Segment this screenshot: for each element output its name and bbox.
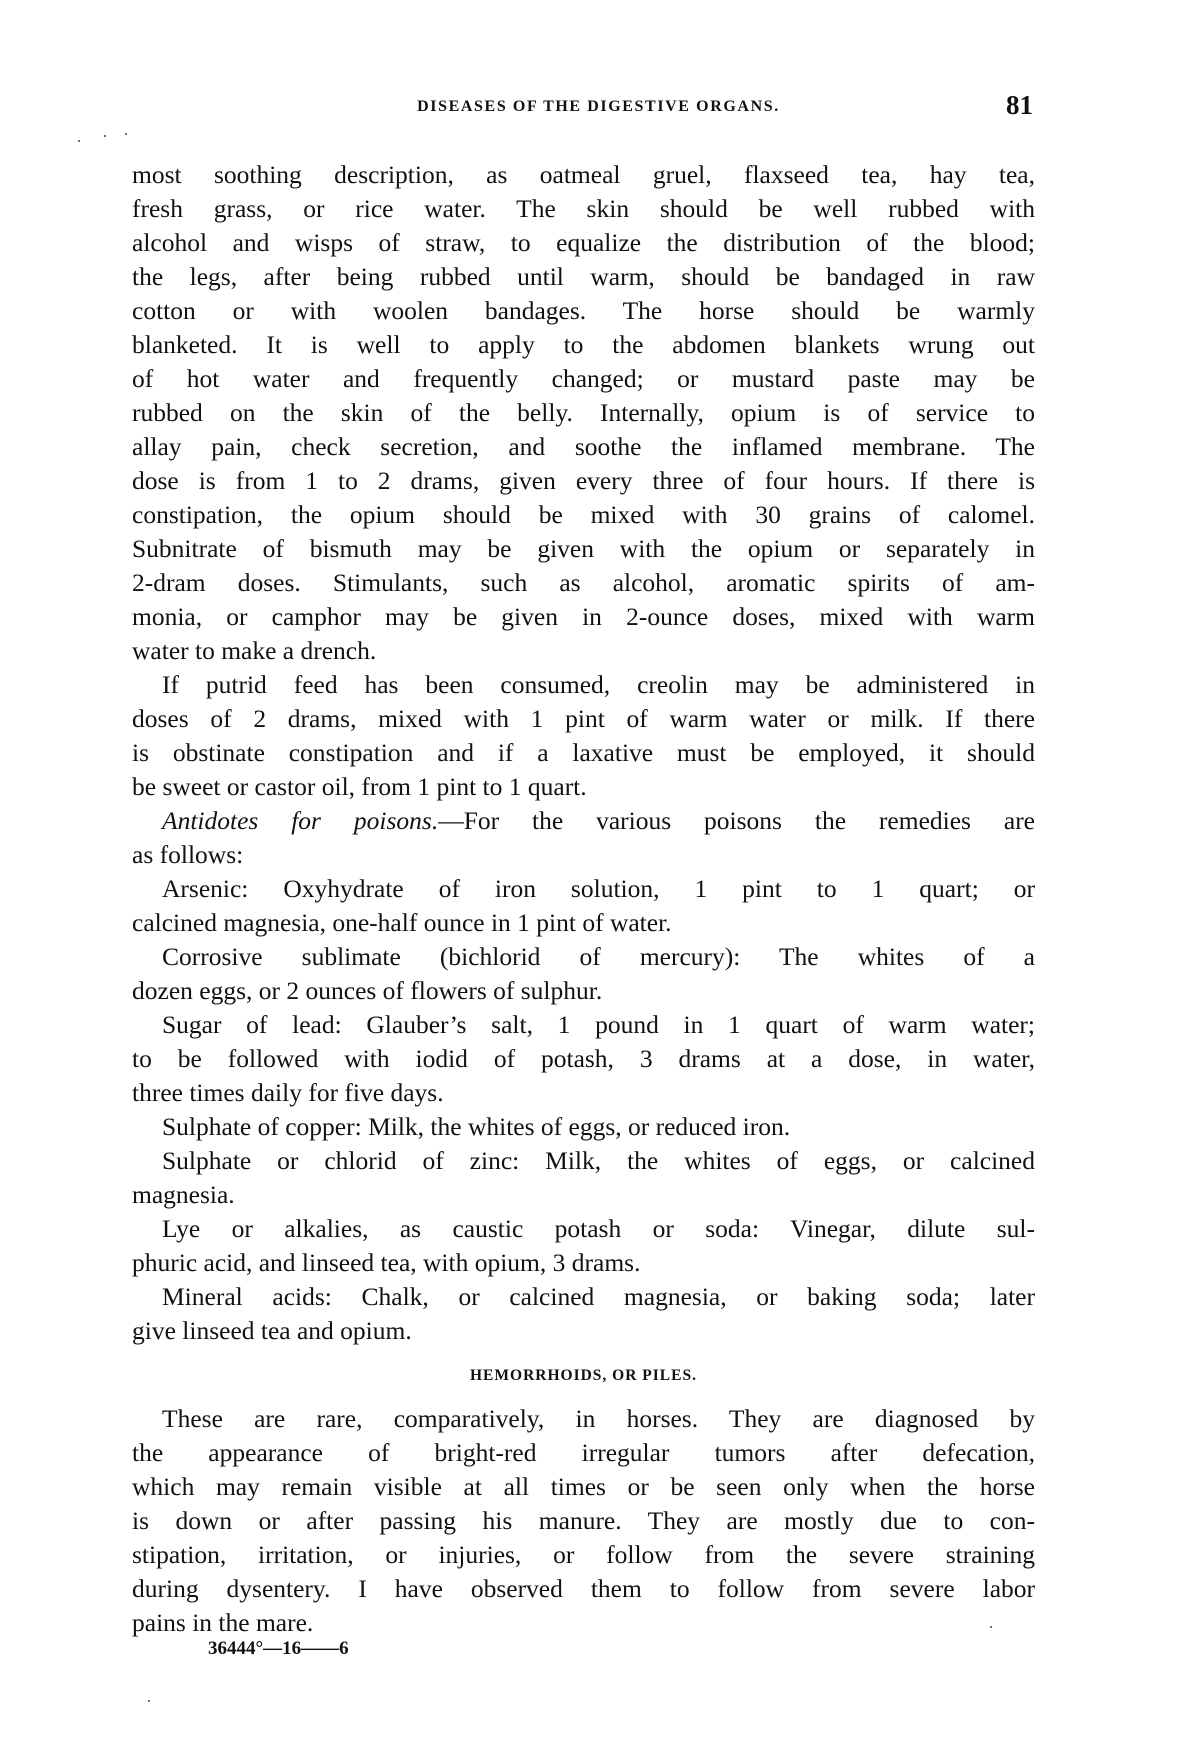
text-line: If putrid feed has been consumed, creoli… <box>132 668 1035 702</box>
text-line: as follows: <box>132 838 1035 872</box>
text-line: during dysentery. I have observed them t… <box>132 1572 1035 1606</box>
text-line: Sulphate of copper: Milk, the whites of … <box>132 1110 1035 1144</box>
text-line: phuric acid, and linseed tea, with opium… <box>132 1246 1035 1280</box>
text-line: cotton or with woolen bandages. The hors… <box>132 294 1035 328</box>
text-line: Antidotes for poisons.—For the various p… <box>132 804 1035 838</box>
text-line: the legs, after being rubbed until warm,… <box>132 260 1035 294</box>
antidote-arsenic: Arsenic: Oxyhydrate of iron solution, 1 … <box>132 872 1035 940</box>
text-line: three times daily for five days. <box>132 1076 1035 1110</box>
text-line: of hot water and frequently changed; or … <box>132 362 1035 396</box>
text-line: calcined magnesia, one-half ounce in 1 p… <box>132 906 1035 940</box>
printer-signature: 36444°—16——6 <box>208 1638 349 1660</box>
text-line: most soothing description, as oatmeal gr… <box>132 158 1035 192</box>
running-head-title: DISEASES OF THE DIGESTIVE ORGANS. <box>132 98 1035 116</box>
text-line: fresh grass, or rice water. The skin sho… <box>132 192 1035 226</box>
scan-speck <box>78 140 80 142</box>
antidote-zinc: Sulphate or chlorid of zinc: Milk, the w… <box>132 1144 1035 1212</box>
antidote-sulphate-of-copper: Sulphate of copper: Milk, the whites of … <box>132 1110 1035 1144</box>
text-line: constipation, the opium should be mixed … <box>132 498 1035 532</box>
text-line: give linseed tea and opium. <box>132 1314 1035 1348</box>
paragraph-treatment: most soothing description, as oatmeal gr… <box>132 158 1035 668</box>
text-line: Subnitrate of bismuth may be given with … <box>132 532 1035 566</box>
text-line: water to make a drench. <box>132 634 1035 668</box>
text-line: doses of 2 drams, mixed with 1 pint of w… <box>132 702 1035 736</box>
text-line: is obstinate constipation and if a laxat… <box>132 736 1035 770</box>
running-head: DISEASES OF THE DIGESTIVE ORGANS. 81 <box>132 86 1035 126</box>
text-line: dose is from 1 to 2 drams, given every t… <box>132 464 1035 498</box>
text-run: —For the various poisons the remedies ar… <box>438 806 1035 835</box>
scan-speck <box>148 1700 150 1702</box>
antidote-lye-alkalies: Lye or alkalies, as caustic potash or so… <box>132 1212 1035 1280</box>
text-line: stipation, irritation, or injuries, or f… <box>132 1538 1035 1572</box>
paragraph-antidotes-intro: Antidotes for poisons.—For the various p… <box>132 804 1035 872</box>
text-line: which may remain visible at all times or… <box>132 1470 1035 1504</box>
antidote-corrosive-sublimate: Corrosive sublimate (bichlorid of mercur… <box>132 940 1035 1008</box>
text-line: Mineral acids: Chalk, or calcined magnes… <box>132 1280 1035 1314</box>
text-line: is down or after passing his manure. The… <box>132 1504 1035 1538</box>
text-line: alcohol and wisps of straw, to equalize … <box>132 226 1035 260</box>
text-line: dozen eggs, or 2 ounces of flowers of su… <box>132 974 1035 1008</box>
scan-speck <box>125 133 127 135</box>
text-line: Corrosive sublimate (bichlorid of mercur… <box>132 940 1035 974</box>
page-number: 81 <box>1006 90 1033 121</box>
text-line: to be followed with iodid of potash, 3 d… <box>132 1042 1035 1076</box>
text-line: be sweet or castor oil, from 1 pint to 1… <box>132 770 1035 804</box>
paragraph-putrid-feed: If putrid feed has been consumed, creoli… <box>132 668 1035 804</box>
scan-speck <box>104 135 106 137</box>
paragraph-hemorrhoids: These are rare, comparatively, in horses… <box>132 1402 1035 1640</box>
section-heading: HEMORRHOIDS, OR PILES. <box>132 1362 1035 1390</box>
text-line: Sulphate or chlorid of zinc: Milk, the w… <box>132 1144 1035 1178</box>
italic-lead: Antidotes for poisons. <box>162 806 438 835</box>
text-line: Arsenic: Oxyhydrate of iron solution, 1 … <box>132 872 1035 906</box>
text-line: blanketed. It is well to apply to the ab… <box>132 328 1035 362</box>
antidote-mineral-acids: Mineral acids: Chalk, or calcined magnes… <box>132 1280 1035 1348</box>
text-line: the appearance of bright-red irregular t… <box>132 1436 1035 1470</box>
text-line: magnesia. <box>132 1178 1035 1212</box>
body-text: most soothing description, as oatmeal gr… <box>132 158 1035 1640</box>
antidote-sugar-of-lead: Sugar of lead: Glauber’s salt, 1 pound i… <box>132 1008 1035 1110</box>
text-line: monia, or camphor may be given in 2-ounc… <box>132 600 1035 634</box>
text-line: These are rare, comparatively, in horses… <box>132 1402 1035 1436</box>
scan-speck <box>990 1626 992 1628</box>
text-line: allay pain, check secretion, and soothe … <box>132 430 1035 464</box>
document-page: DISEASES OF THE DIGESTIVE ORGANS. 81 mos… <box>0 0 1200 1748</box>
text-line: rubbed on the skin of the belly. Interna… <box>132 396 1035 430</box>
text-line: 2-dram doses. Stimulants, such as alcoho… <box>132 566 1035 600</box>
text-line: Sugar of lead: Glauber’s salt, 1 pound i… <box>132 1008 1035 1042</box>
text-line: Lye or alkalies, as caustic potash or so… <box>132 1212 1035 1246</box>
text-line: pains in the mare. <box>132 1606 1035 1640</box>
